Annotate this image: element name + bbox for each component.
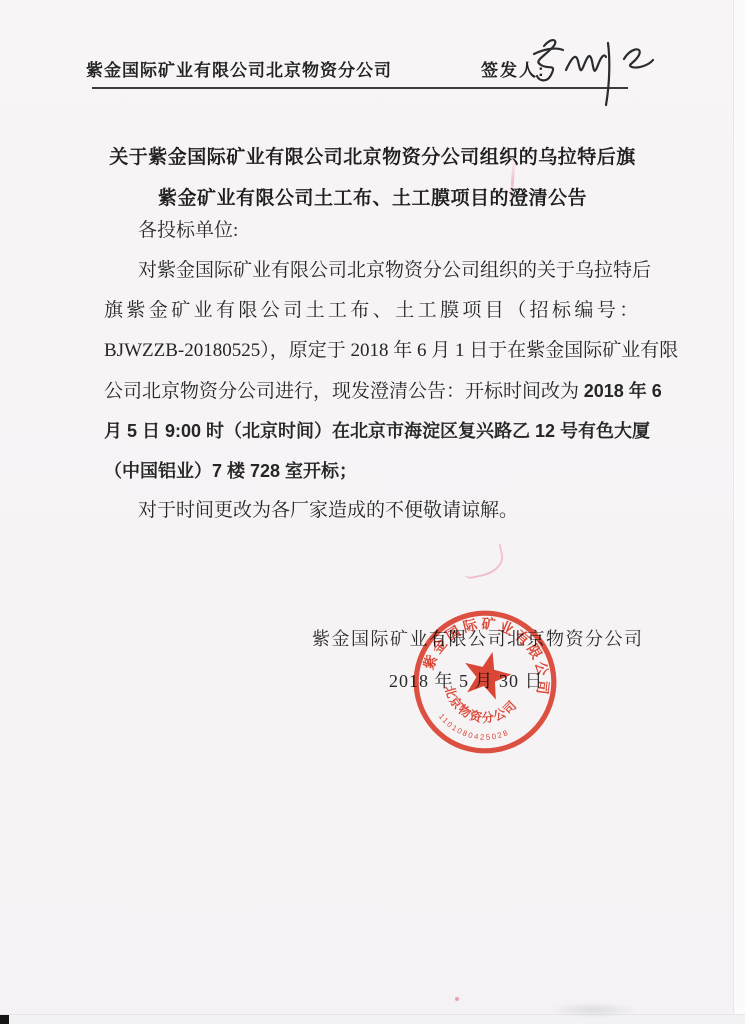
document-title: 关于紫金国际矿业有限公司北京物资分公司组织的乌拉特后旗 紫金矿业有限公司土工布、… [70, 137, 675, 219]
scanned-document-page: 紫金国际矿业有限公司北京物资分公司 签发人: 关于紫金国际矿业有限公司北京物资分… [0, 0, 745, 1024]
document-title-line1: 关于紫金国际矿业有限公司北京物资分公司组织的乌拉特后旗 [70, 137, 675, 178]
pink-ink-artifact [460, 544, 507, 580]
body-text: 对于时间更改为各厂家造成的不便敬请谅解。 [138, 500, 518, 521]
body-text-bold: 2018 年 6 [584, 381, 662, 401]
body-line: 对紫金国际矿业有限公司北京物资分公司组织的关于乌拉特后 [104, 251, 645, 291]
body-line: 月 5 日 9:00 时（北京时间）在北京市海淀区复兴路乙 12 号有色大厦 [104, 411, 645, 451]
scan-corner-mark [0, 1015, 9, 1024]
body-line: （中国铝业）7 楼 728 室开标； [104, 451, 645, 491]
scan-smudge [548, 1002, 638, 1018]
body-text: BJWZZB-20180525），原定于 2018 年 6 月 1 日于在紫金国… [104, 340, 678, 361]
body-text: 公司北京物资分公司进行，现发澄清公告：开标时间改为 [104, 381, 584, 402]
paper-right-edge [733, 0, 745, 1024]
body-line: 公司北京物资分公司进行，现发澄清公告：开标时间改为 2018 年 6 [104, 371, 645, 411]
body-text-bold: 月 5 日 9:00 时（北京时间）在北京市海淀区复兴路乙 12 号有色大厦 [104, 421, 650, 441]
document-body: 各投标单位: 对紫金国际矿业有限公司北京物资分公司组织的关于乌拉特后 旗紫金矿业… [104, 211, 645, 531]
body-line: BJWZZB-20180525），原定于 2018 年 6 月 1 日于在紫金国… [104, 331, 645, 371]
letterhead-company-name: 紫金国际矿业有限公司北京物资分公司 [86, 56, 392, 81]
issuer-signature [522, 30, 662, 110]
body-text: 对紫金国际矿业有限公司北京物资分公司组织的关于乌拉特后 [138, 260, 651, 281]
official-red-seal: 紫金国际矿业有限公司 北京物资分公司 1101080425028 [395, 592, 574, 771]
body-text: 旗紫金矿业有限公司土工布、土工膜项目（招标编号： [104, 300, 642, 321]
body-line: 旗紫金矿业有限公司土工布、土工膜项目（招标编号： [104, 291, 645, 331]
red-speck-artifact [455, 997, 459, 1001]
body-line: 对于时间更改为各厂家造成的不便敬请谅解。 [104, 491, 645, 531]
seal-star-icon [458, 646, 515, 702]
body-text-bold: （中国铝业）7 楼 728 室开标； [104, 461, 357, 481]
salutation: 各投标单位: [104, 211, 645, 251]
